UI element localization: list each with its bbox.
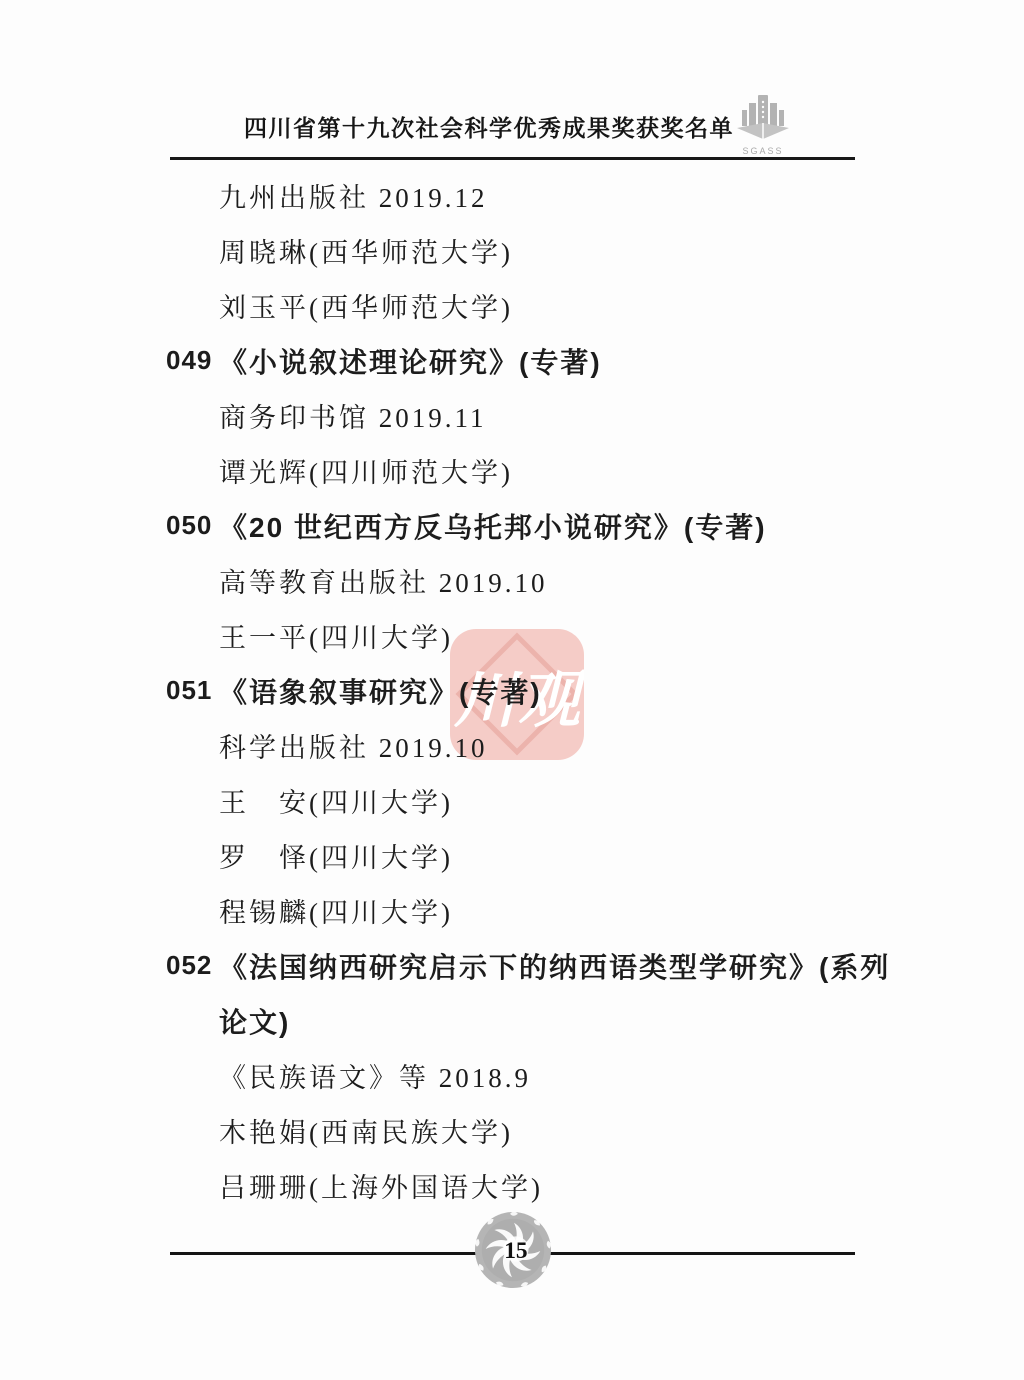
entry-text: 《法国纳西研究启示下的纳西语类型学研究》(系列 (219, 946, 890, 986)
entry-line: 程锡麟(四川大学) (0, 883, 1024, 938)
entry-line: 谭光辉(四川师范大学) (0, 443, 1024, 498)
entry-line: 商务印书馆 2019.11 (0, 388, 1024, 443)
entry-line: 罗 怿(四川大学) (0, 828, 1024, 883)
entry-line: 049《小说叙述理论研究》(专著) (0, 333, 1024, 388)
sgass-logo-label: SGASS (733, 146, 793, 156)
sgass-logo: SGASS (733, 94, 793, 156)
document-page: 四川省第十九次社会科学优秀成果奖获奖名单 (0, 0, 1024, 1380)
entry-text: 高等教育出版社 2019.10 (219, 561, 548, 600)
entry-text: 吕珊珊(上海外国语大学) (219, 1166, 543, 1205)
entry-text: 周晓琳(西华师范大学) (219, 231, 513, 270)
entry-number: 051 (166, 675, 212, 706)
sgass-building-book-icon (736, 127, 790, 144)
entry-text: 论文) (219, 1001, 290, 1041)
entry-line: 九州出版社 2019.12 (0, 168, 1024, 223)
page-number-emblem: 15 (474, 1211, 552, 1289)
entry-line: 王一平(四川大学) (0, 608, 1024, 663)
entry-line: 刘玉平(西华师范大学) (0, 278, 1024, 333)
entry-line: 王 安(四川大学) (0, 773, 1024, 828)
entry-text: 《语象叙事研究》(专著) (219, 671, 542, 711)
entry-text: 《小说叙述理论研究》(专著) (219, 341, 602, 381)
entry-line: 052《法国纳西研究启示下的纳西语类型学研究》(系列 (0, 938, 1024, 993)
entry-text: 程锡麟(四川大学) (219, 891, 453, 930)
entry-number: 050 (166, 510, 212, 541)
header-rule (170, 157, 855, 160)
entry-text: 刘玉平(西华师范大学) (219, 286, 513, 325)
entry-line: 木艳娟(西南民族大学) (0, 1103, 1024, 1158)
entry-text: 科学出版社 2019.10 (219, 726, 488, 765)
entry-number: 049 (166, 345, 212, 376)
entry-number: 052 (166, 950, 212, 981)
entry-text: 九州出版社 2019.12 (219, 176, 488, 215)
page-number: 15 (504, 1238, 527, 1264)
entry-line: 050《20 世纪西方反乌托邦小说研究》(专著) (0, 498, 1024, 553)
entry-text: 罗 怿(四川大学) (219, 836, 453, 875)
entry-text: 《民族语文》等 2018.9 (219, 1056, 531, 1095)
entry-text: 王 安(四川大学) (219, 781, 453, 820)
page-title: 四川省第十九次社会科学优秀成果奖获奖名单 (244, 110, 734, 143)
entry-line: 论文) (0, 993, 1024, 1048)
entry-line: 周晓琳(西华师范大学) (0, 223, 1024, 278)
entry-line: 吕珊珊(上海外国语大学) (0, 1158, 1024, 1213)
entry-text: 木艳娟(西南民族大学) (219, 1111, 513, 1150)
entry-text: 王一平(四川大学) (219, 616, 453, 655)
entry-text: 商务印书馆 2019.11 (219, 396, 487, 435)
entry-line: 《民族语文》等 2018.9 (0, 1048, 1024, 1103)
entry-text: 谭光辉(四川师范大学) (219, 451, 513, 490)
entry-line: 科学出版社 2019.10 (0, 718, 1024, 773)
entry-line: 051《语象叙事研究》(专著) (0, 663, 1024, 718)
entry-line: 高等教育出版社 2019.10 (0, 553, 1024, 608)
entry-text: 《20 世纪西方反乌托邦小说研究》(专著) (219, 506, 767, 546)
entries-list: 九州出版社 2019.12周晓琳(西华师范大学)刘玉平(西华师范大学)049《小… (0, 168, 1024, 1218)
